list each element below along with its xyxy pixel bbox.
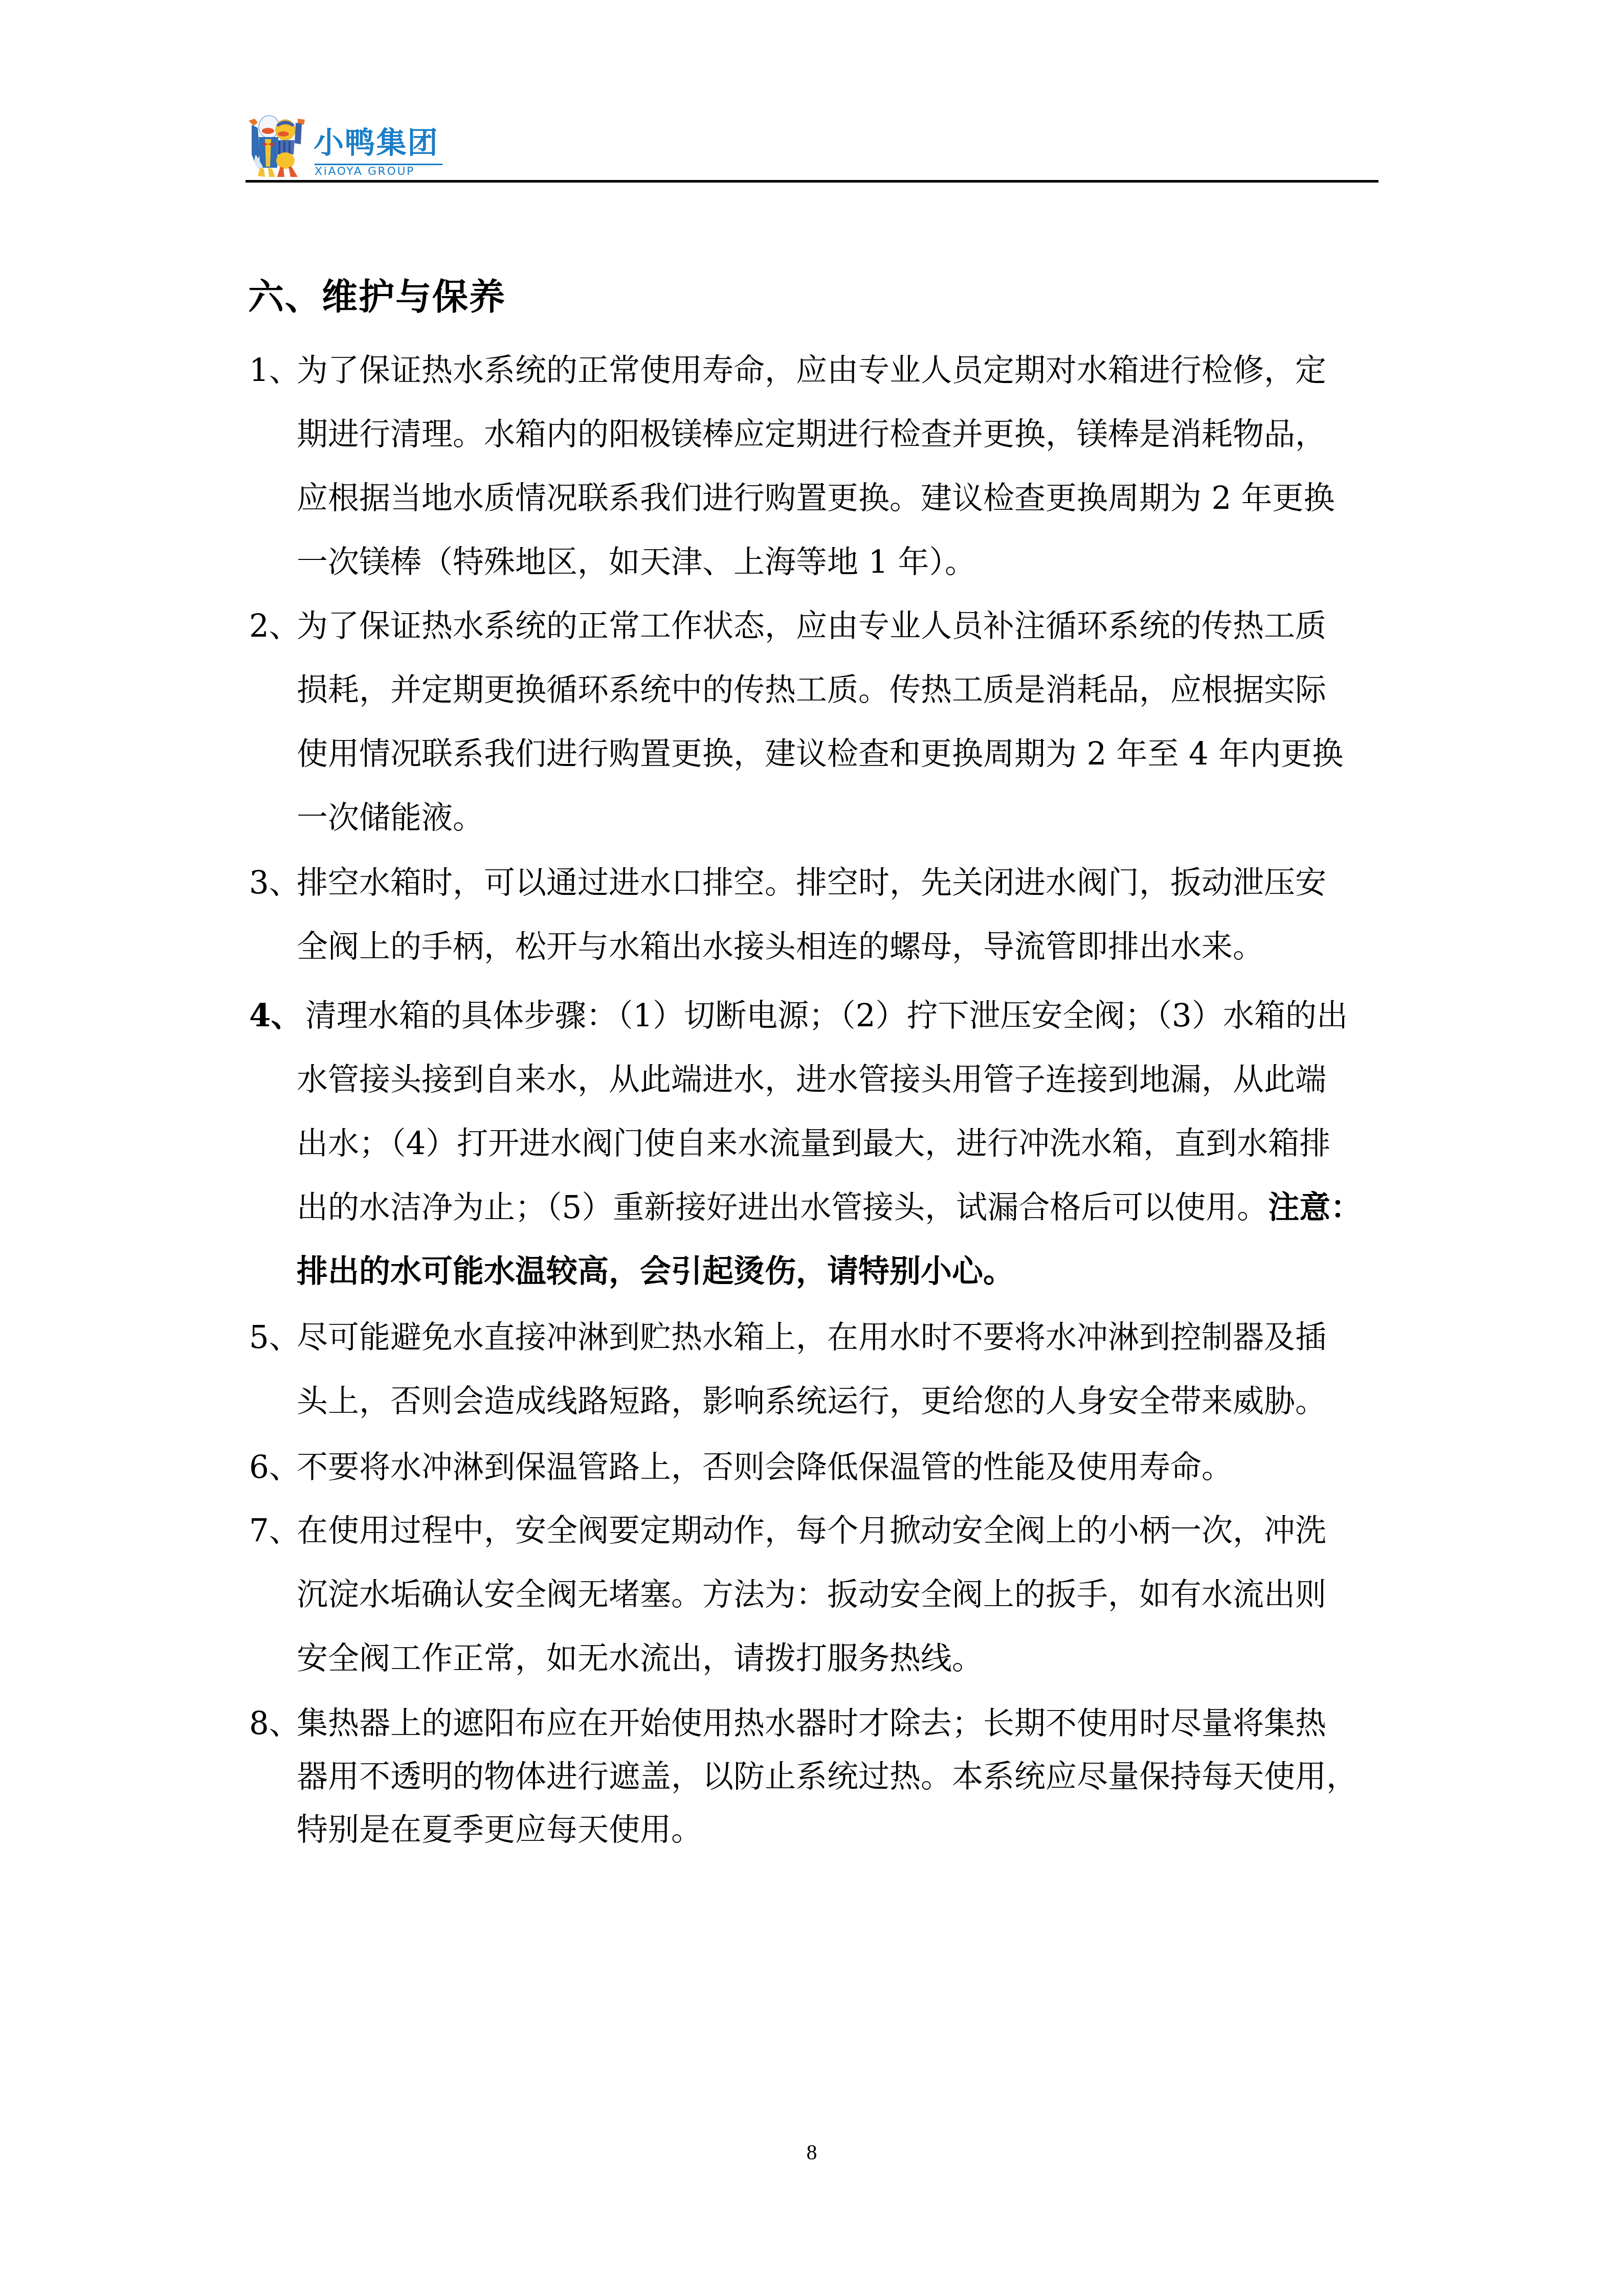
maintenance-item-8: 8、集热器上的遮阳布应在开始使用热水器时才除去；长期不使用时尽量将集热 器用不透… bbox=[249, 1697, 1390, 1857]
item-text-line: 排空水箱时，可以通过进水口排空。排空时，先关闭进水阀门，扳动泄压安 bbox=[297, 865, 1326, 901]
item-text-line: 集热器上的遮阳布应在开始使用热水器时才除去；长期不使用时尽量将集热 bbox=[297, 1705, 1326, 1742]
item-text-line: 清理水箱的具体步骤：（1）切断电源；（2）拧下泄压安全阀；（3）水箱的出 bbox=[305, 998, 1348, 1034]
maintenance-item-5: 5、尽可能避免水直接冲淋到贮热水箱上，在用水时不要将水冲淋到控制器及插 头上，否… bbox=[249, 1305, 1390, 1433]
header-rule bbox=[246, 180, 1378, 183]
duck-mascots-icon bbox=[244, 114, 308, 179]
item-text-line: 不要将水冲淋到保温管路上，否则会降低保温管的性能及使用寿命。 bbox=[297, 1449, 1233, 1485]
item-text-line: 一次镁棒（特殊地区，如天津、上海等地 1 年）。 bbox=[297, 544, 976, 580]
notice-text: 排出的水可能水温较高，会引起烫伤，请特别小心。 bbox=[297, 1253, 1014, 1290]
item-text-line: 期进行清理。水箱内的阳极镁棒应定期进行检查并更换，镁棒是消耗物品， bbox=[297, 416, 1326, 453]
item-text-line: 头上，否则会造成线路短路，影响系统运行，更给您的人身安全带来威胁。 bbox=[297, 1383, 1326, 1420]
item-number: 5、 bbox=[249, 1305, 300, 1369]
maintenance-item-3: 3、排空水箱时，可以通过进水口排空。排空时，先关闭进水阀门，扳动泄压安 全阀上的… bbox=[249, 851, 1390, 979]
company-logo: 小鸭集团 XiAOYA GROUP bbox=[244, 114, 449, 179]
item-text-line: 在使用过程中，安全阀要定期动作，每个月掀动安全阀上的小柄一次，冲洗 bbox=[297, 1513, 1326, 1549]
section-title: 六、维护与保养 bbox=[248, 274, 506, 320]
item-text-line: 特别是在夏季更应每天使用。 bbox=[297, 1812, 702, 1848]
logo-chinese-name: 小鸭集团 bbox=[314, 127, 439, 159]
maintenance-item-2: 2、为了保证热水系统的正常工作状态，应由专业人员补注循环系统的传热工质 损耗，并… bbox=[249, 594, 1390, 850]
item-text-line: 全阀上的手柄，松开与水箱出水接头相连的螺母，导流管即排出水来。 bbox=[297, 929, 1264, 965]
item-text-line: 使用情况联系我们进行购置更换，建议检查和更换周期为 2 年至 4 年内更换 bbox=[297, 736, 1343, 772]
item-text-line: 出的水洁净为止；（5）重新接好进出水管接头，试漏合格后可以使用。 bbox=[297, 1189, 1268, 1226]
notice-label: 注意： bbox=[1268, 1189, 1362, 1226]
item-text-line: 尽可能避免水直接冲淋到贮热水箱上，在用水时不要将水冲淋到控制器及插 bbox=[297, 1319, 1326, 1356]
item-text-line: 出水；（4）打开进水阀门使自来水流量到最大，进行冲洗水箱，直到水箱排 bbox=[297, 1126, 1330, 1162]
item-text-line: 为了保证热水系统的正常使用寿命，应由专业人员定期对水箱进行检修，定 bbox=[297, 352, 1326, 389]
item-number: 4、 bbox=[249, 984, 302, 1048]
item-number: 2、 bbox=[249, 594, 300, 658]
item-text-line: 器用不透明的物体进行遮盖，以防止系统过热。本系统应尽量保持每天使用， bbox=[297, 1759, 1358, 1795]
item-number: 6、 bbox=[249, 1435, 300, 1499]
logo-english-name: XiAOYA GROUP bbox=[315, 166, 415, 178]
item-number: 8、 bbox=[249, 1697, 300, 1750]
item-number: 1、 bbox=[249, 339, 300, 402]
item-text-line: 损耗，并定期更换循环系统中的传热工质。传热工质是消耗品，应根据实际 bbox=[297, 672, 1326, 708]
item-text-line: 水管接头接到自来水，从此端进水，进水管接头用管子连接到地漏，从此端 bbox=[297, 1062, 1326, 1098]
page-number: 8 bbox=[802, 2137, 822, 2168]
document-page: 小鸭集团 XiAOYA GROUP 六、维护与保养 1、为了保证热水系统的正常使… bbox=[0, 0, 1624, 2296]
maintenance-item-4: 4、清理水箱的具体步骤：（1）切断电源；（2）拧下泄压安全阀；（3）水箱的出 水… bbox=[249, 984, 1390, 1303]
maintenance-item-7: 7、在使用过程中，安全阀要定期动作，每个月掀动安全阀上的小柄一次，冲洗 沉淀水垢… bbox=[249, 1499, 1390, 1691]
item-text-line: 安全阀工作正常，如无水流出，请拨打服务热线。 bbox=[297, 1640, 983, 1677]
item-number: 7、 bbox=[249, 1499, 300, 1563]
item-text-line: 沉淀水垢确认安全阀无堵塞。方法为：扳动安全阀上的扳手，如有水流出则 bbox=[297, 1577, 1326, 1613]
item-text-line: 为了保证热水系统的正常工作状态，应由专业人员补注循环系统的传热工质 bbox=[297, 608, 1326, 644]
maintenance-item-1: 1、为了保证热水系统的正常使用寿命，应由专业人员定期对水箱进行检修，定 期进行清… bbox=[249, 339, 1390, 594]
item-text-line: 应根据当地水质情况联系我们进行购置更换。建议检查更换周期为 2 年更换 bbox=[297, 480, 1335, 516]
maintenance-item-6: 6、不要将水冲淋到保温管路上，否则会降低保温管的性能及使用寿命。 bbox=[249, 1435, 1390, 1499]
item-text-line: 一次储能液。 bbox=[297, 800, 484, 836]
item-number: 3、 bbox=[249, 851, 300, 915]
